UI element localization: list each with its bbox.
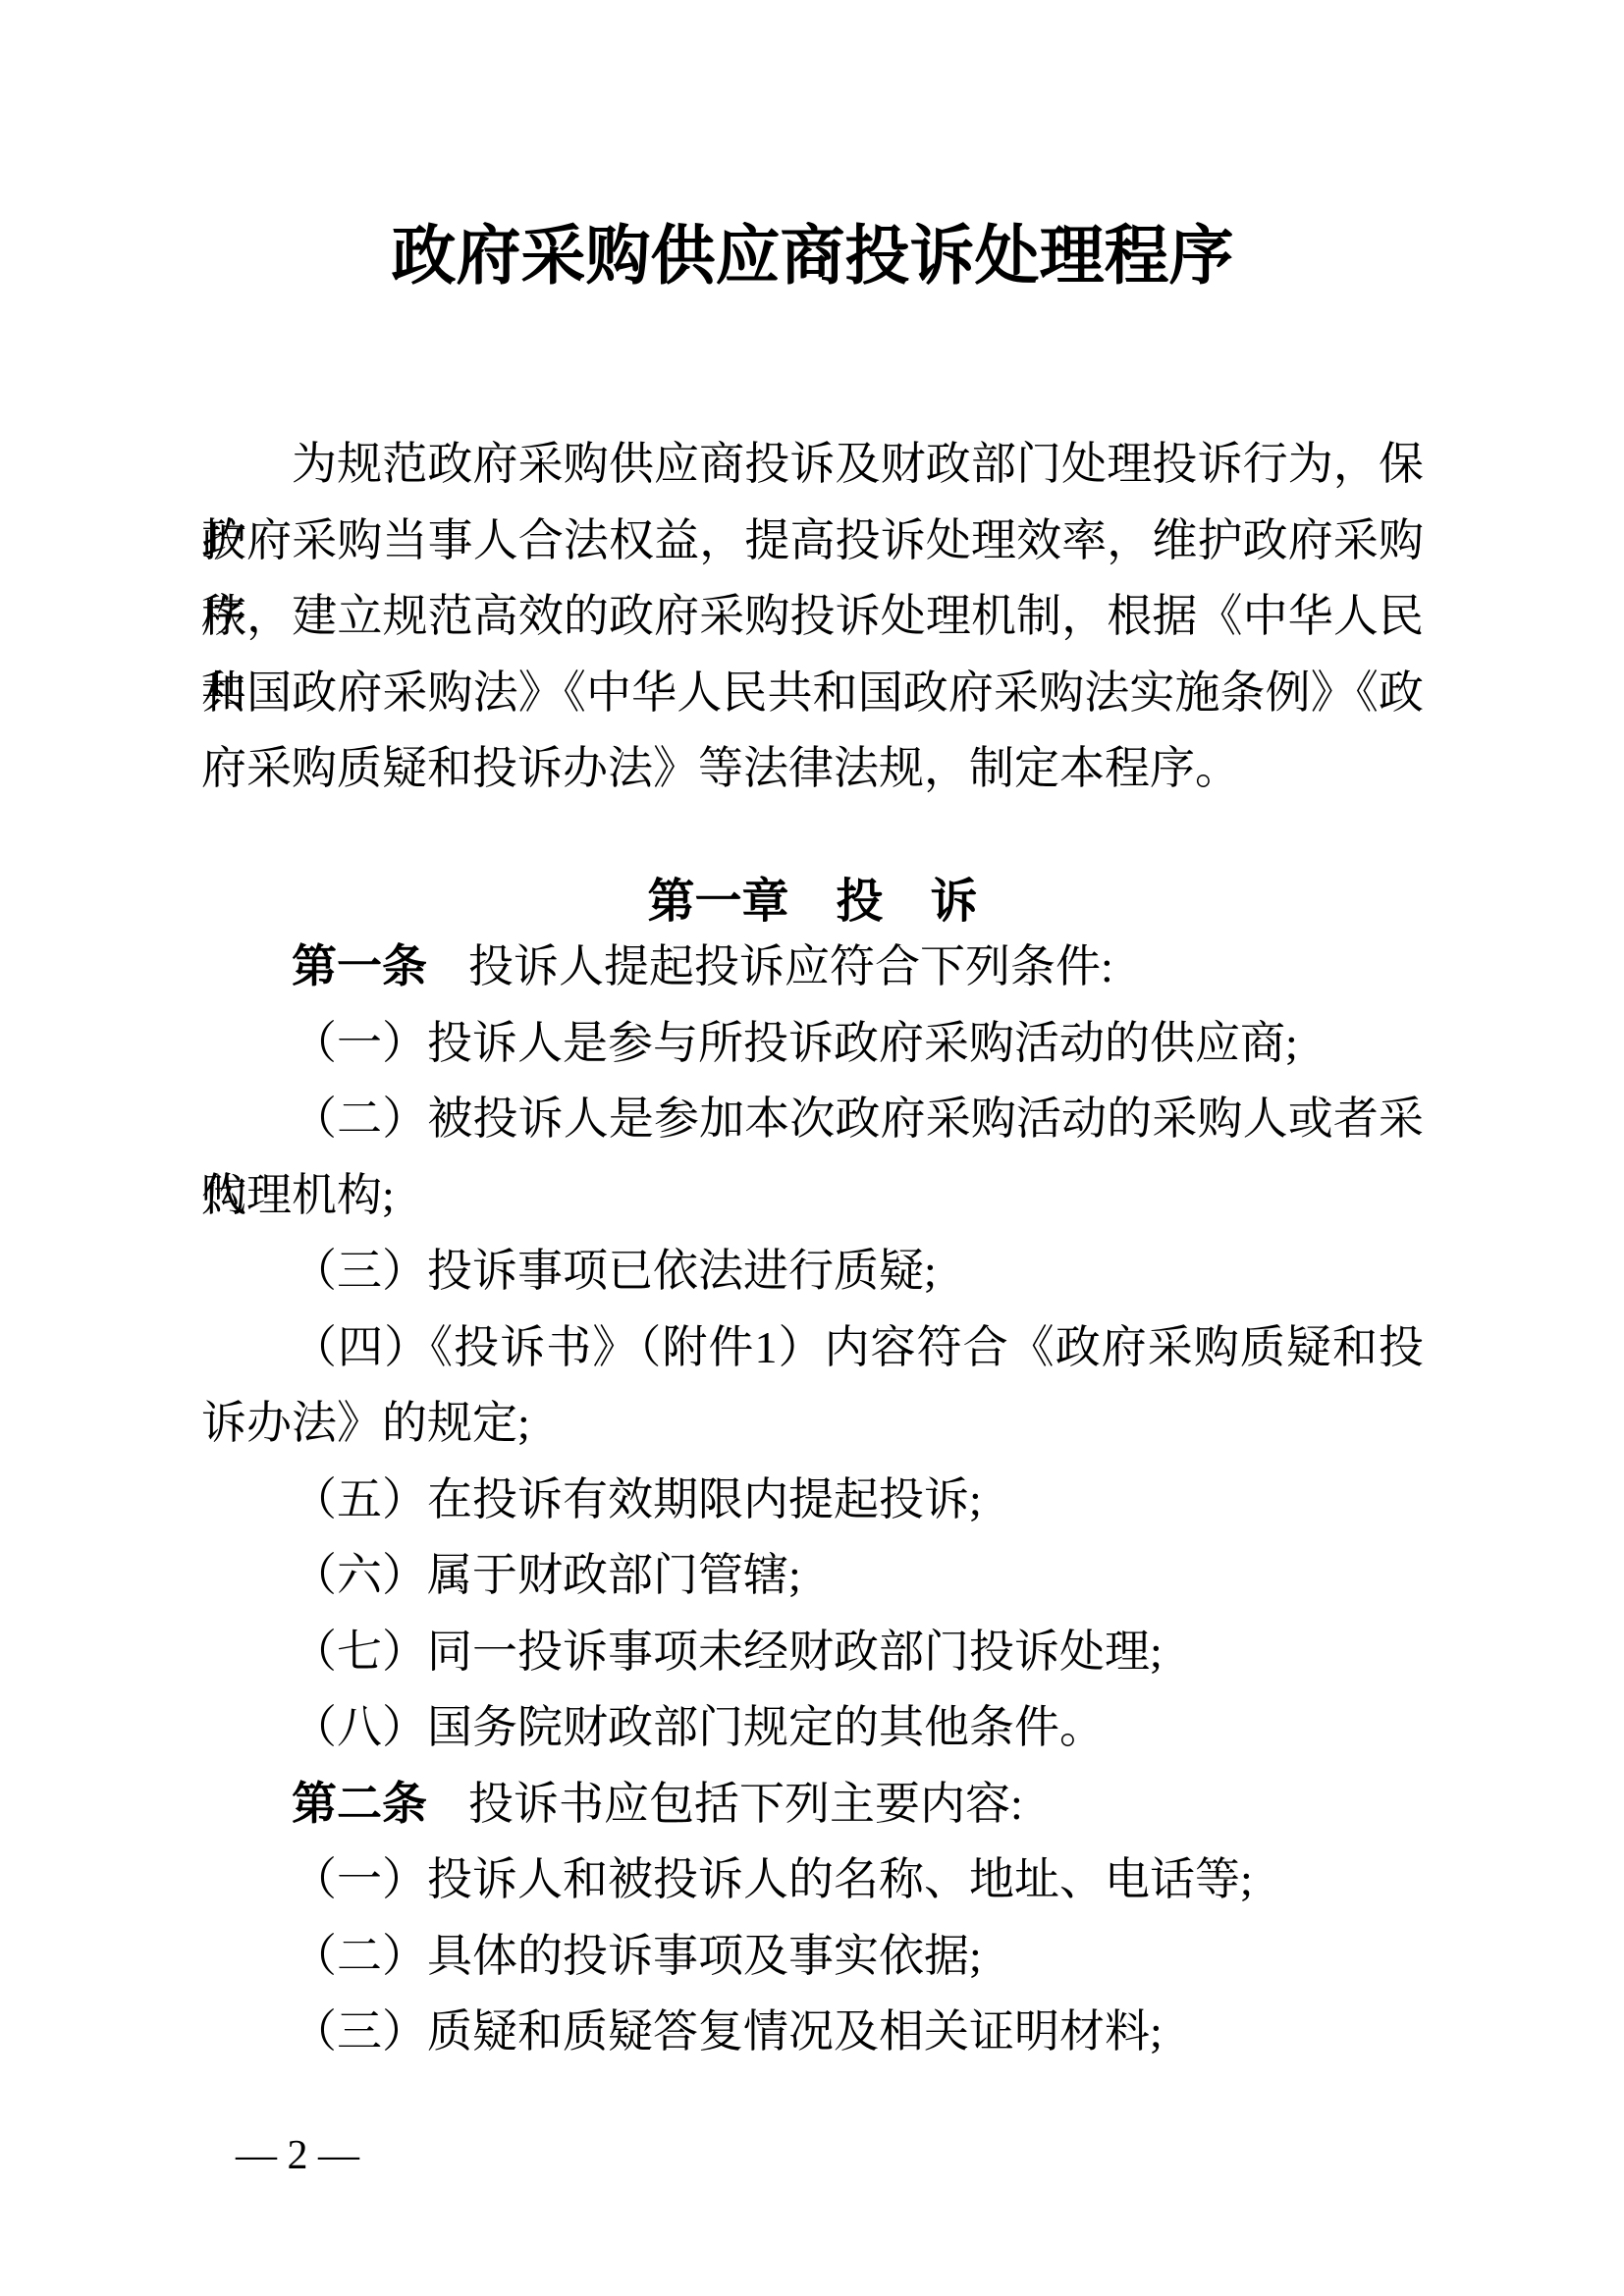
article-2-opening-line: 第二条投诉书应包括下列主要内容: [201, 1766, 1424, 1842]
article-1-opening-line: 第一条投诉人提起投诉应符合下列条件: [201, 929, 1424, 1005]
intro-line-4: 和国政府采购法》《中华人民共和国政府采购法实施条例》《政 [201, 655, 1424, 731]
article-2-item-1: （一）投诉人和被投诉人的名称、地址、电话等; [201, 1842, 1424, 1918]
articles-section: 第一条投诉人提起投诉应符合下列条件: （一）投诉人是参与所投诉政府采购活动的供应… [201, 929, 1424, 2070]
article-2-item-3: （三）质疑和质疑答复情况及相关证明材料; [201, 1994, 1424, 2070]
intro-line-2: 政府采购当事人合法权益，提高投诉处理效率，维护政府采购秩 [201, 503, 1424, 579]
intro-line-1: 为规范政府采购供应商投诉及财政部门处理投诉行为，保护 [201, 426, 1424, 503]
article-2-item-2: （二）具体的投诉事项及事实依据; [201, 1918, 1424, 1995]
page-number: — 2 — [236, 2132, 359, 2179]
intro-paragraph: 为规范政府采购供应商投诉及财政部门处理投诉行为，保护 政府采购当事人合法权益，提… [201, 426, 1424, 807]
intro-line-3: 序，建立规范高效的政府采购投诉处理机制，根据《中华人民共 [201, 578, 1424, 655]
document-page: 政府采购供应商投诉处理程序 为规范政府采购供应商投诉及财政部门处理投诉行为，保护… [0, 0, 1624, 2296]
article-1-item-5: （五）在投诉有效期限内提起投诉; [201, 1462, 1424, 1538]
article-1-item-7: （七）同一投诉事项未经财政部门投诉处理; [201, 1614, 1424, 1690]
article-1-item-2-line-1: （二）被投诉人是参加本次政府采购活动的采购人或者采购 [201, 1081, 1424, 1157]
article-1-number: 第一条 [292, 940, 427, 991]
article-2-number: 第二条 [292, 1778, 427, 1829]
intro-line-5: 府采购质疑和投诉办法》等法律法规，制定本程序。 [201, 730, 1424, 807]
document-title: 政府采购供应商投诉处理程序 [201, 220, 1424, 294]
article-1-item-1: （一）投诉人是参与所投诉政府采购活动的供应商; [201, 1005, 1424, 1082]
article-1-item-4-line-2: 诉办法》的规定; [201, 1385, 1424, 1462]
article-1-item-4-line-1: （四）《投诉书》（附件1）内容符合《政府采购质疑和投 [201, 1309, 1424, 1386]
article-2-opening-text: 投诉书应包括下列主要内容: [468, 1779, 1023, 1829]
article-1-opening-text: 投诉人提起投诉应符合下列条件: [468, 941, 1113, 991]
article-1-item-6: （六）属于财政部门管辖; [201, 1537, 1424, 1614]
article-1-item-3: （三）投诉事项已依法进行质疑; [201, 1233, 1424, 1309]
article-1-item-2-line-2: 代理机构; [201, 1157, 1424, 1234]
article-1-item-8: （八）国务院财政部门规定的其他条件。 [201, 1689, 1424, 1766]
